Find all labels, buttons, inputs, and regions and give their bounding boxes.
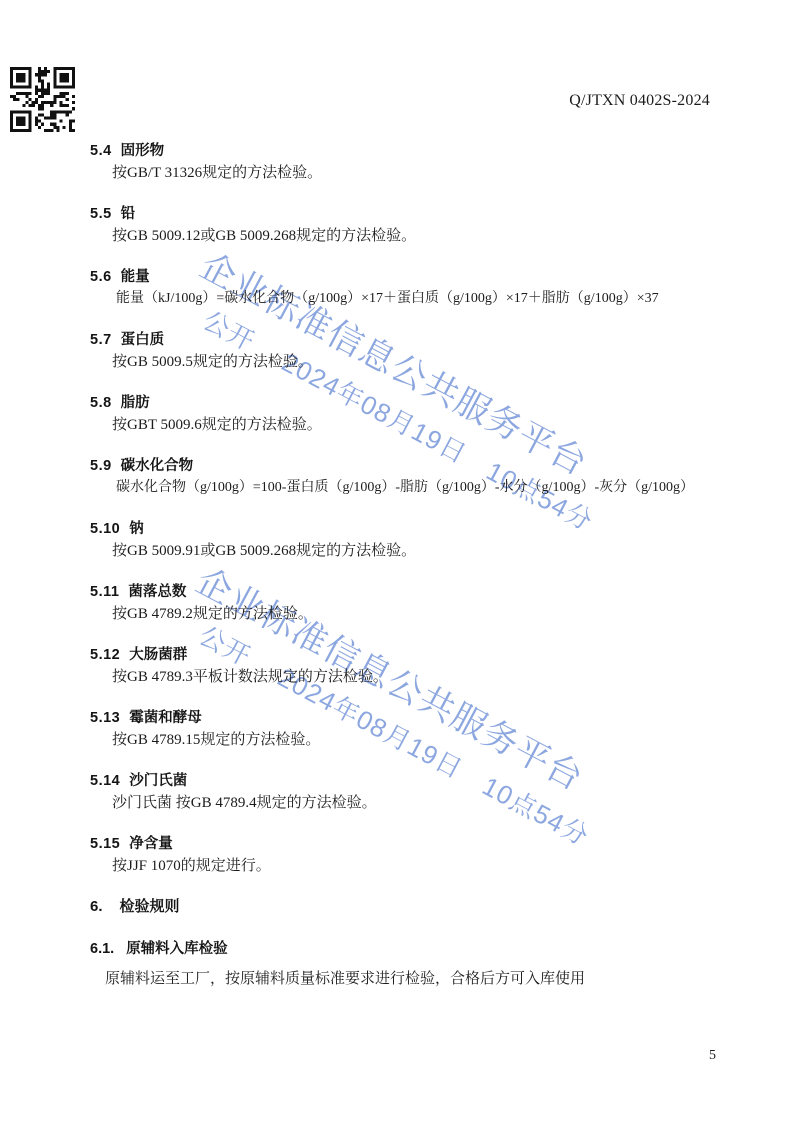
section-5-13: 5.13霉菌和酵母 按GB 4789.15规定的方法检验。 bbox=[90, 707, 738, 751]
section-body: 碳水化合物（g/100g）=100-蛋白质（g/100g）-脂肪（g/100g）… bbox=[90, 477, 738, 499]
document-body: 5.4固形物 按GB/T 31326规定的方法检验。 5.5铅 按GB 5009… bbox=[90, 140, 738, 990]
section-number: 5.6 bbox=[90, 266, 112, 288]
document-page: 企业标准信息公共服务平台 公开 2024年08月19日 10点54分 企业标准信… bbox=[0, 0, 794, 1123]
section-heading: 5.11菌落总数 bbox=[90, 581, 738, 603]
section-heading: 5.6能量 bbox=[90, 266, 738, 288]
page-number: 5 bbox=[709, 1048, 716, 1064]
section-5-10: 5.10钠 按GB 5009.91或GB 5009.268规定的方法检验。 bbox=[90, 518, 738, 562]
section-body: 按GB 4789.15规定的方法检验。 bbox=[90, 729, 738, 751]
section-body: 按GB 4789.2规定的方法检验。 bbox=[90, 603, 738, 625]
section-title: 霉菌和酵母 bbox=[129, 710, 202, 726]
chapter-title: 检验规则 bbox=[120, 898, 180, 915]
section-number: 5.8 bbox=[90, 392, 112, 414]
section-body: 能量（kJ/100g）=碳水化合物（g/100g）×17＋蛋白质（g/100g）… bbox=[90, 288, 738, 310]
section-body: 按GB 5009.91或GB 5009.268规定的方法检验。 bbox=[90, 540, 738, 562]
section-5-9: 5.9碳水化合物 碳水化合物（g/100g）=100-蛋白质（g/100g）-脂… bbox=[90, 455, 738, 499]
section-5-14: 5.14沙门氏菌 沙门氏菌 按GB 4789.4规定的方法检验。 bbox=[90, 770, 738, 814]
section-5-8: 5.8脂肪 按GBT 5009.6规定的方法检验。 bbox=[90, 392, 738, 436]
section-body: 沙门氏菌 按GB 4789.4规定的方法检验。 bbox=[90, 792, 738, 814]
section-number: 5.4 bbox=[90, 140, 112, 162]
section-body: 按GB/T 31326规定的方法检验。 bbox=[90, 162, 738, 184]
section-title: 钠 bbox=[129, 521, 144, 537]
section-number: 5.15 bbox=[90, 833, 120, 855]
section-number: 5.9 bbox=[90, 455, 112, 477]
section-number: 5.11 bbox=[90, 581, 119, 603]
section-title: 铅 bbox=[121, 206, 136, 222]
section-number: 6.1. bbox=[90, 938, 114, 960]
chapter-number: 6. bbox=[90, 896, 103, 918]
section-title: 脂肪 bbox=[121, 395, 150, 411]
section-number: 5.13 bbox=[90, 707, 120, 729]
section-6-1-heading: 6.1.原辅料入库检验 bbox=[90, 938, 738, 960]
section-heading: 5.9碳水化合物 bbox=[90, 455, 738, 477]
section-5-7: 5.7蛋白质 按GB 5009.5规定的方法检验。 bbox=[90, 329, 738, 373]
section-number: 5.14 bbox=[90, 770, 120, 792]
section-title: 原辅料入库检验 bbox=[126, 941, 228, 957]
section-5-11: 5.11菌落总数 按GB 4789.2规定的方法检验。 bbox=[90, 581, 738, 625]
section-heading: 5.10钠 bbox=[90, 518, 738, 540]
section-number: 5.10 bbox=[90, 518, 120, 540]
section-body: 按GB 4789.3平板计数法规定的方法检验。 bbox=[90, 666, 738, 688]
section-6-1-paragraph: 原辅料运至工厂，按原辅料质量标准要求进行检验，合格后方可入库使用 bbox=[90, 968, 738, 990]
section-title: 碳水化合物 bbox=[121, 458, 194, 474]
section-heading: 5.14沙门氏菌 bbox=[90, 770, 738, 792]
section-heading: 5.8脂肪 bbox=[90, 392, 738, 414]
section-title: 能量 bbox=[121, 269, 150, 285]
section-5-15: 5.15净含量 按JJF 1070的规定进行。 bbox=[90, 833, 738, 877]
section-number: 5.5 bbox=[90, 203, 112, 225]
section-body: 按JJF 1070的规定进行。 bbox=[90, 855, 738, 877]
section-heading: 5.4固形物 bbox=[90, 140, 738, 162]
section-heading: 5.7蛋白质 bbox=[90, 329, 738, 351]
section-heading: 5.12大肠菌群 bbox=[90, 644, 738, 666]
section-number: 5.7 bbox=[90, 329, 112, 351]
section-title: 大肠菌群 bbox=[129, 647, 187, 663]
section-body: 按GB 5009.12或GB 5009.268规定的方法检验。 bbox=[90, 225, 738, 247]
section-title: 净含量 bbox=[129, 836, 173, 852]
section-heading: 5.15净含量 bbox=[90, 833, 738, 855]
section-number: 5.12 bbox=[90, 644, 120, 666]
section-5-6: 5.6能量 能量（kJ/100g）=碳水化合物（g/100g）×17＋蛋白质（g… bbox=[90, 266, 738, 310]
section-title: 沙门氏菌 bbox=[129, 773, 187, 789]
chapter-6-heading: 6.检验规则 bbox=[90, 896, 738, 918]
section-title: 固形物 bbox=[121, 143, 165, 159]
section-title: 蛋白质 bbox=[121, 332, 165, 348]
qr-code-icon bbox=[10, 67, 75, 132]
section-5-4: 5.4固形物 按GB/T 31326规定的方法检验。 bbox=[90, 140, 738, 184]
section-body: 按GBT 5009.6规定的方法检验。 bbox=[90, 414, 738, 436]
section-body: 按GB 5009.5规定的方法检验。 bbox=[90, 351, 738, 373]
section-5-12: 5.12大肠菌群 按GB 4789.3平板计数法规定的方法检验。 bbox=[90, 644, 738, 688]
section-title: 菌落总数 bbox=[128, 584, 186, 600]
section-heading: 5.5铅 bbox=[90, 203, 738, 225]
section-heading: 5.13霉菌和酵母 bbox=[90, 707, 738, 729]
doc-number: Q/JTXN 0402S-2024 bbox=[569, 92, 710, 110]
section-5-5: 5.5铅 按GB 5009.12或GB 5009.268规定的方法检验。 bbox=[90, 203, 738, 247]
